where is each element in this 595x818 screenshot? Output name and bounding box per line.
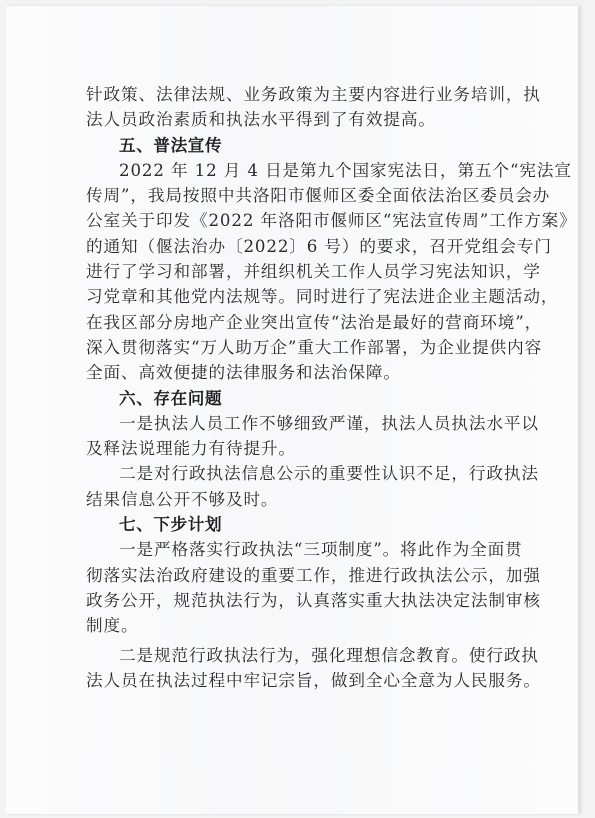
paragraph-plan-2: 二是规范行政执法行为，强化理想信念教育。使行政执 法人员在执法过程中牢记宗旨，做… xyxy=(86,643,498,694)
section-heading-publicity: 五、普法宣传 xyxy=(86,133,498,158)
text-line: 一是执法人员工作不够细致严谨，执法人员执法水平以 xyxy=(86,411,498,436)
text-line: 全面、高效便捷的法律服务和法治保障。 xyxy=(86,360,498,385)
text-line: 二是规范行政执法行为，强化理想信念教育。使行政执 xyxy=(86,643,498,668)
text-line: 政务公开，规范执法行为，认真落实重大执法决定法制审核 xyxy=(86,588,498,613)
text-line: 公室关于印发《2022 年洛阳市偃师区“宪法宣传周”工作方案》 xyxy=(86,208,498,233)
text-line: 法人员在执法过程中牢记宗旨，做到全心全意为人民服务。 xyxy=(86,668,498,693)
text-line: 针政策、法律法规、业务政策为主要内容进行业务培训，执 xyxy=(86,82,498,107)
text-line: 一是严格落实行政执法“三项制度”。将此作为全面贯 xyxy=(86,537,498,562)
document-body: 针政策、法律法规、业务政策为主要内容进行业务培训，执 法人员政治素质和执法水平得… xyxy=(86,82,498,693)
text-line: 传周”，我局按照中共洛阳市偃师区委全面依法治区委员会办 xyxy=(86,183,498,208)
text-line: 的通知（偃法治办〔2022〕6 号）的要求，召开党组会专门 xyxy=(86,234,498,259)
text-line: 二是对行政执法信息公示的重要性认识不足，行政执法 xyxy=(86,461,498,486)
text-line: 进行了学习和部署，并组织机关工作人员学习宪法知识，学 xyxy=(86,259,498,284)
document-page: 针政策、法律法规、业务政策为主要内容进行业务培训，执 法人员政治素质和执法水平得… xyxy=(6,6,579,814)
text-line: 法人员政治素质和执法水平得到了有效提高。 xyxy=(86,107,498,132)
text-line: 结果信息公开不够及时。 xyxy=(86,487,498,512)
paragraph-problem-1: 一是执法人员工作不够细致严谨，执法人员执法水平以 及释法说理能力有待提升。 xyxy=(86,411,498,462)
section-heading-next-plan: 七、下步计划 xyxy=(86,512,498,537)
paragraph-plan-1: 一是严格落实行政执法“三项制度”。将此作为全面贯 彻落实法治政府建设的重要工作，… xyxy=(86,537,498,638)
section-heading-problems: 六、存在问题 xyxy=(86,386,498,411)
text-line: 及释法说理能力有待提升。 xyxy=(86,436,498,461)
text-line: 在我区部分房地产企业突出宣传“法治是最好的营商环境”， xyxy=(86,310,498,335)
paragraph-continuation: 针政策、法律法规、业务政策为主要内容进行业务培训，执 法人员政治素质和执法水平得… xyxy=(86,82,498,133)
text-line: 2022 年 12 月 4 日是第九个国家宪法日，第五个“宪法宣 xyxy=(86,158,498,183)
paragraph-publicity: 2022 年 12 月 4 日是第九个国家宪法日，第五个“宪法宣 传周”，我局按… xyxy=(86,158,498,386)
paragraph-problem-2: 二是对行政执法信息公示的重要性认识不足，行政执法 结果信息公开不够及时。 xyxy=(86,461,498,512)
text-line: 制度。 xyxy=(86,613,498,638)
text-line: 习党章和其他党内法规等。同时进行了宪法进企业主题活动， xyxy=(86,284,498,309)
text-line: 彻落实法治政府建设的重要工作，推进行政执法公示，加强 xyxy=(86,563,498,588)
text-line: 深入贯彻落实“万人助万企”重大工作部署，为企业提供内容 xyxy=(86,335,498,360)
